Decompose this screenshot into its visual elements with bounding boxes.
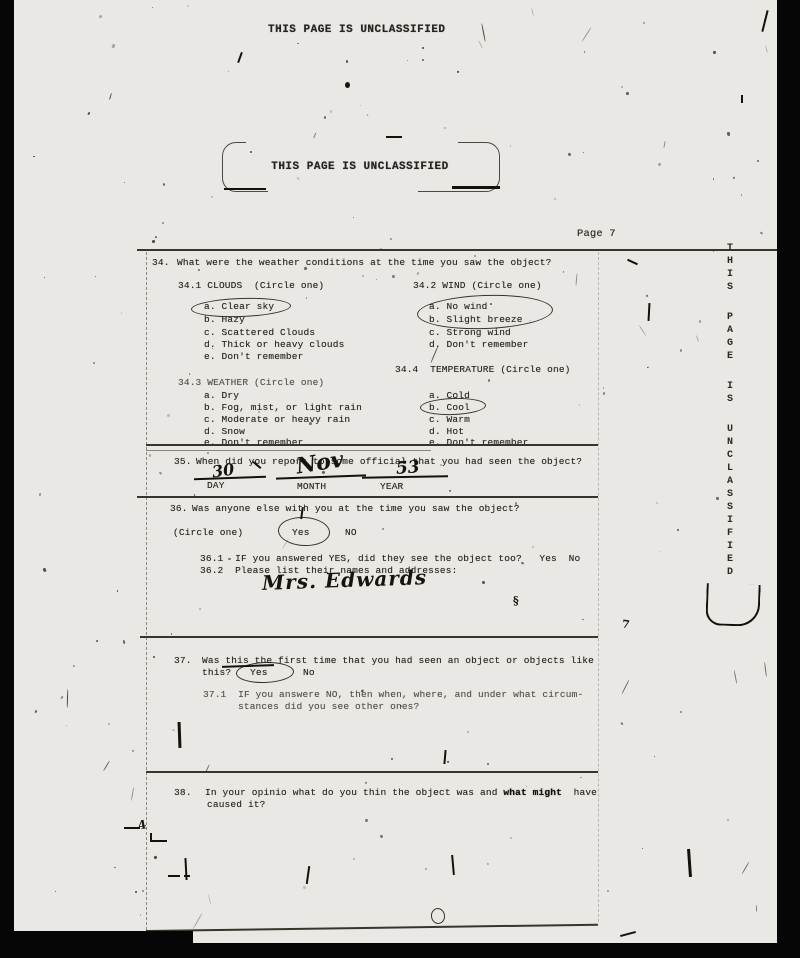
speck [194, 493, 195, 495]
speck [306, 297, 308, 299]
pen-mark [620, 931, 636, 937]
speck [646, 295, 648, 297]
pen-mark [150, 833, 152, 841]
question-38-line1: In your opinio what do you thin the obje… [205, 787, 597, 798]
option-weather-c: c. Moderate or heavy rain [204, 414, 350, 425]
paper: THIS PAGE IS UNCLASSIFIED THIS PAGE IS U… [0, 0, 800, 958]
speck [95, 276, 97, 277]
speck [425, 868, 428, 870]
option-temperature-e: e. Don't remember [429, 437, 528, 448]
speck [124, 181, 126, 183]
speck [510, 836, 512, 838]
circle-one-label: (Circle one) [173, 527, 243, 538]
option-clouds-d: d. Thick or heavy clouds [204, 339, 344, 350]
side-stamp-letter: I [727, 268, 733, 281]
pen-mark [168, 875, 180, 877]
speck [444, 127, 446, 129]
side-stamp-letter: S [727, 501, 733, 514]
speck [742, 862, 750, 875]
speck [391, 758, 393, 760]
speck [227, 70, 229, 72]
pen-mark [306, 866, 310, 884]
question-37-1-line2: stances did you see other ones? [238, 701, 419, 712]
speck [72, 664, 74, 666]
speck [192, 913, 202, 930]
speck [482, 580, 485, 583]
speck [376, 279, 377, 281]
question-36-number: 36. [170, 503, 188, 514]
speck [567, 152, 570, 156]
pen-mark [452, 186, 500, 189]
speck [554, 198, 556, 200]
question-38-line2: caused it? [207, 799, 266, 810]
month-label: MONTH [297, 481, 326, 492]
option-wind-d: d. Don't remember [429, 339, 528, 350]
pen-mark [648, 303, 651, 321]
form-right-border [598, 252, 599, 922]
speck [38, 492, 41, 495]
speck [734, 670, 738, 684]
speck [677, 528, 679, 530]
header-rule [137, 249, 777, 251]
speck [699, 319, 702, 322]
speck [360, 105, 361, 106]
speck [109, 93, 112, 100]
pen-mark [178, 722, 181, 748]
speck [727, 819, 730, 821]
pen-mark [237, 52, 243, 63]
month-underline [276, 474, 366, 479]
speck [486, 863, 488, 865]
clouds-label: 34.1 CLOUDS (Circle one) [178, 280, 324, 291]
speck [365, 782, 367, 784]
speck [154, 236, 156, 238]
speck [643, 22, 645, 24]
pen-mark [345, 82, 350, 88]
speck [171, 633, 173, 635]
speck [380, 835, 383, 839]
q36-no: NO [345, 527, 357, 538]
speck [760, 231, 763, 234]
speck [107, 722, 110, 725]
day-label: DAY [207, 480, 225, 491]
speck [55, 890, 56, 891]
speck [362, 275, 365, 277]
speck [583, 50, 585, 52]
speck [353, 857, 355, 859]
pen-mark [124, 827, 140, 829]
speck [654, 756, 656, 758]
speck [391, 275, 394, 278]
question-38-text-b: have [562, 787, 597, 798]
speck [607, 890, 610, 893]
speck [448, 490, 450, 492]
year-label: YEAR [380, 481, 403, 492]
scan-edge-right [777, 0, 800, 958]
side-stamp-letter: H [727, 255, 733, 268]
speck [532, 546, 535, 549]
speck [582, 27, 592, 42]
wind-label: 34.2 WIND (Circle one) [413, 280, 542, 291]
speck [43, 277, 45, 279]
side-stamp-letter: A [727, 475, 733, 488]
speck [172, 729, 175, 732]
pen-mark [741, 95, 743, 103]
speck [93, 362, 95, 364]
section-divider [137, 496, 598, 498]
speck [154, 856, 158, 860]
speck [140, 914, 141, 916]
speck [642, 848, 643, 849]
speck [103, 760, 110, 771]
question-37-1-line1: 37.1 IF you answere NO, then when, where… [203, 689, 583, 700]
q37-no: No [303, 667, 315, 678]
speck [656, 502, 658, 504]
side-stamp-letter: F [727, 527, 733, 540]
speck [583, 152, 585, 153]
speck [207, 452, 209, 455]
speck [621, 679, 629, 694]
form-bottom-rule [146, 924, 598, 932]
question-35-number: 35. [174, 456, 192, 467]
question-38-text-bold: what might [503, 787, 562, 798]
speck [66, 724, 68, 726]
option-weather-a: a. Dry [204, 390, 239, 401]
pen-oval-mark [430, 907, 446, 925]
side-stamp-letter: G [727, 337, 733, 350]
side-stamp-letter: A [727, 324, 733, 337]
speck [135, 890, 137, 892]
speck [563, 271, 565, 273]
speck [603, 387, 604, 389]
speck [116, 590, 117, 592]
speck [620, 86, 622, 88]
pen-mark [224, 188, 266, 190]
speck [132, 749, 134, 751]
speck [198, 269, 200, 271]
page-number: Page 7 [577, 229, 616, 240]
speck [189, 373, 191, 375]
speck [421, 59, 423, 62]
speck [121, 311, 122, 313]
speck [151, 240, 154, 243]
speck [382, 528, 385, 531]
speck [647, 366, 649, 368]
speck [716, 497, 719, 501]
speck [186, 5, 188, 7]
handwritten-names: Mrs. Edwards [262, 565, 428, 595]
speck [35, 710, 38, 713]
speck [696, 335, 699, 342]
side-stamp-letter: T [727, 242, 733, 255]
speck [345, 60, 347, 63]
question-38-text-a: In your opinio what do you thin the obje… [205, 787, 503, 798]
option-weather-e: e. Don't remember [204, 437, 303, 448]
speck [658, 551, 659, 552]
pen-mark [150, 840, 167, 842]
section-divider [146, 444, 598, 446]
side-stamp-letter: I [727, 380, 733, 393]
pen-mark [627, 259, 638, 265]
speck [764, 661, 767, 676]
question-36-text: Was anyone else with you at the time you… [192, 503, 520, 514]
pen-mark [386, 136, 402, 138]
speck [42, 567, 46, 571]
speck [727, 132, 730, 136]
speck [162, 222, 165, 225]
speck [158, 472, 161, 475]
option-weather-b: b. Fog, mist, or light rain [204, 402, 362, 413]
section-divider [146, 450, 431, 451]
speck [580, 776, 582, 778]
speck [131, 787, 135, 801]
speck [713, 50, 716, 53]
speck [680, 711, 683, 713]
stamp-box-gap [268, 186, 418, 194]
speck [366, 114, 368, 116]
pen-mark [687, 849, 691, 877]
speck [620, 722, 624, 726]
speck [122, 640, 125, 644]
section-divider [140, 636, 598, 638]
side-stamp-letter: D [727, 566, 733, 579]
question-36-1: 36.1 IF you answered YES, did they see t… [200, 553, 580, 564]
speck [364, 819, 367, 822]
speck [658, 163, 661, 166]
scan-edge-bottom-left [0, 931, 193, 958]
side-stamp-letter: E [727, 350, 733, 363]
pen-mark [451, 855, 454, 875]
speck [478, 40, 483, 48]
speck [417, 271, 420, 274]
speck [88, 111, 91, 114]
stamp-box-gap [246, 138, 458, 146]
side-stamp-letter: E [727, 553, 733, 566]
option-weather-d: d. Snow [204, 426, 245, 437]
question-38-number: 38. [174, 787, 192, 798]
speck [756, 905, 758, 912]
speck [324, 116, 327, 119]
option-temperature-c: c. Warm [429, 414, 470, 425]
speck [576, 273, 578, 286]
speck [152, 7, 154, 9]
question-37-number: 37. [174, 655, 192, 666]
speck [487, 763, 490, 766]
speck [756, 160, 758, 162]
speck [626, 92, 629, 95]
option-clouds-c: c. Scattered Clouds [204, 327, 315, 338]
speck [199, 608, 201, 611]
speck [96, 639, 99, 642]
speck [153, 656, 155, 658]
side-stamp-letter: P [727, 311, 733, 324]
speck [447, 760, 449, 762]
speck [664, 141, 666, 148]
side-unclassified-stamp: THISPAGEISUNCLASSIFIED [727, 242, 733, 579]
question-34-number: 34. [152, 257, 170, 268]
stamp-bracket [705, 583, 760, 627]
speck [111, 43, 115, 47]
question-37-line2: this? [202, 667, 231, 678]
side-stamp-letter: N [727, 436, 733, 449]
speck [713, 178, 714, 180]
speck [713, 251, 714, 253]
speck [407, 59, 408, 60]
side-stamp-letter: S [727, 281, 733, 294]
speck [579, 404, 581, 406]
speck [532, 7, 535, 15]
speck [680, 348, 682, 351]
side-stamp-letter: I [727, 540, 733, 553]
speck [741, 194, 743, 196]
speck [149, 454, 152, 458]
pen-circle-clear-sky [191, 296, 292, 318]
speck [510, 145, 511, 147]
section-divider [146, 771, 598, 773]
speck [639, 324, 647, 335]
speck [167, 413, 171, 417]
side-stamp-letter: L [727, 462, 733, 475]
pen-circle-wind [416, 293, 553, 332]
speck [296, 43, 298, 45]
speck [732, 177, 734, 180]
speck [330, 110, 333, 114]
speck [67, 689, 69, 708]
speck [211, 195, 213, 197]
speck [113, 867, 115, 869]
pen-mark [761, 10, 768, 32]
speck [481, 23, 486, 42]
speck [467, 730, 469, 732]
year-underline [362, 475, 448, 479]
speck [163, 182, 166, 186]
side-stamp-letter: S [727, 488, 733, 501]
question-34-text: What were the weather conditions at the … [177, 257, 551, 268]
day-underline [194, 476, 266, 481]
side-stamp-letter: S [727, 393, 733, 406]
temperature-label: 34.4 TEMPERATURE (Circle one) [395, 364, 571, 375]
speck [421, 46, 423, 48]
option-temperature-d: d. Hot [429, 426, 464, 437]
pen-margin-seven: 7 [621, 618, 630, 632]
pen-squiggle: § [513, 594, 519, 607]
speck [142, 890, 144, 893]
speck [764, 45, 767, 53]
speck [582, 619, 584, 621]
top-unclassified-stamp: THIS PAGE IS UNCLASSIFIED [268, 24, 446, 36]
speck [390, 238, 392, 240]
speck [456, 70, 458, 72]
speck [33, 156, 35, 157]
speck [60, 696, 63, 699]
speck [208, 894, 212, 904]
speck [302, 886, 305, 890]
boxed-unclassified-stamp: THIS PAGE IS UNCLASSIFIED [222, 161, 498, 173]
pen-mark [184, 858, 187, 880]
side-stamp-letter: I [727, 514, 733, 527]
speck [352, 217, 354, 219]
option-clouds-e: e. Don't remember [204, 351, 303, 362]
side-stamp-letter: U [727, 423, 733, 436]
speck [602, 391, 605, 394]
speck [488, 378, 491, 381]
pen-mark [443, 750, 446, 764]
weather-label: 34.3 WEATHER (Circle one) [178, 377, 324, 388]
scan-edge-left [0, 0, 14, 958]
speck [99, 15, 103, 19]
side-stamp-letter: C [727, 449, 733, 462]
